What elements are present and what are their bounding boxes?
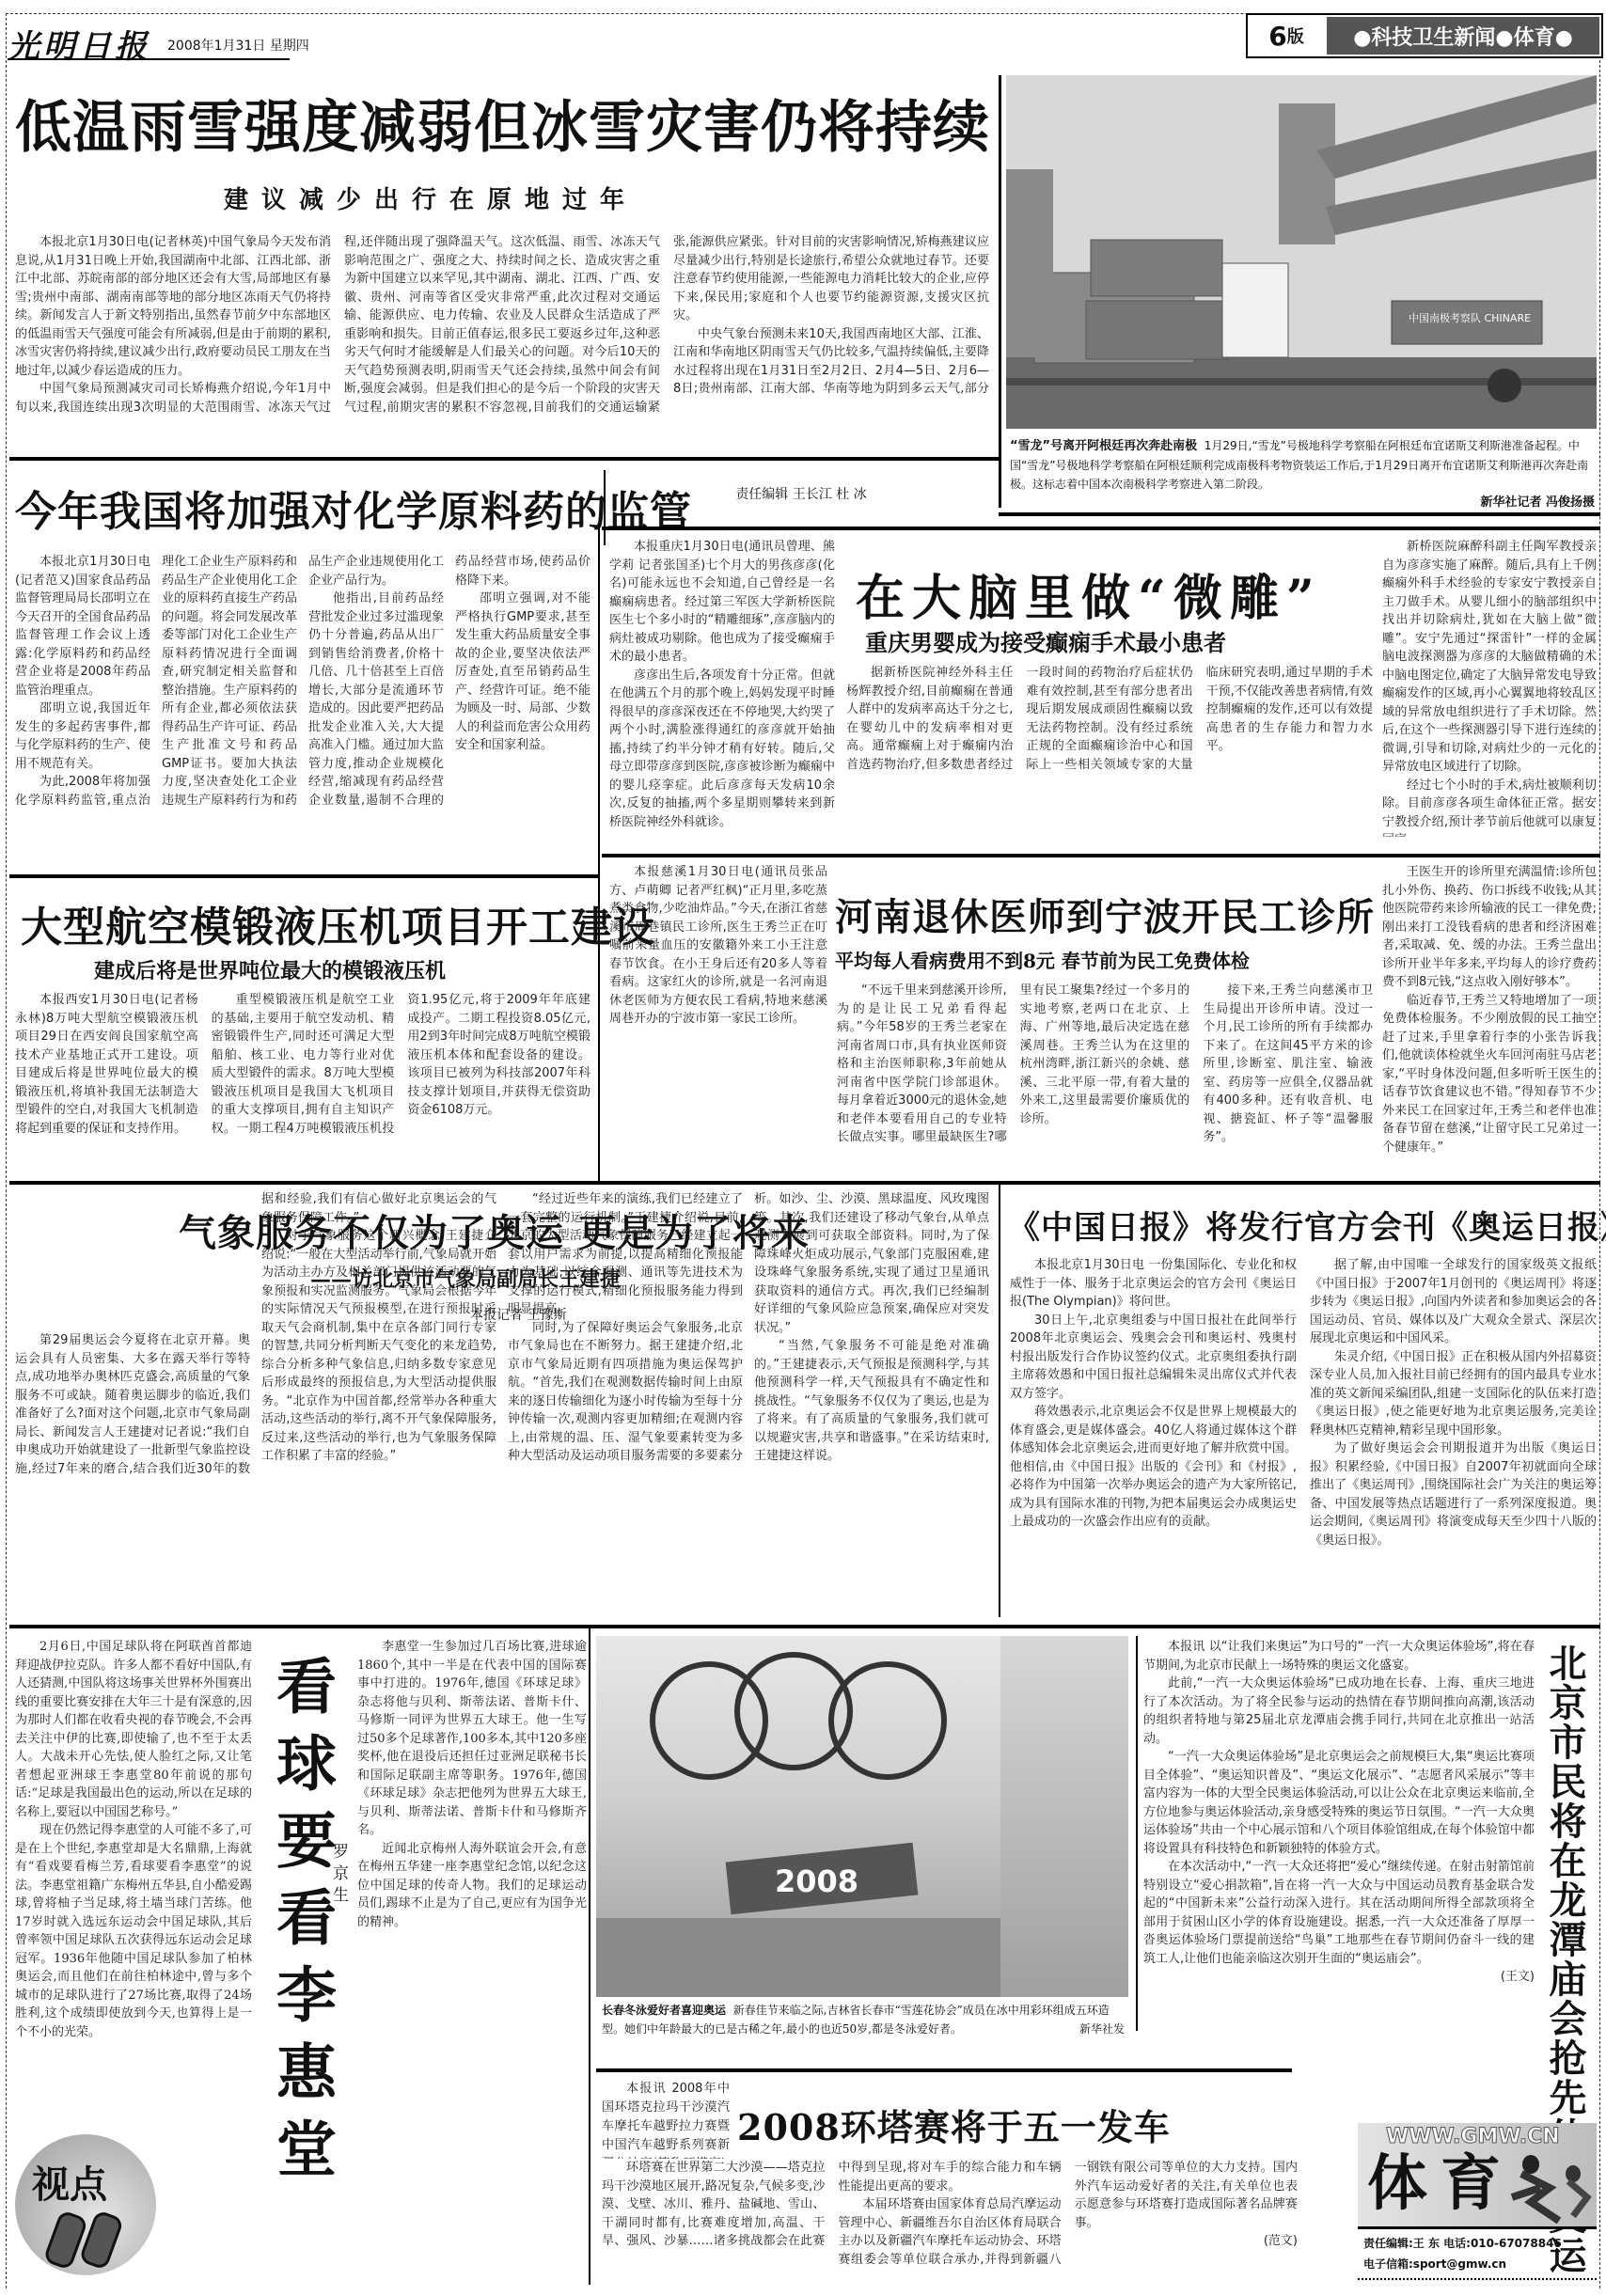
paragraph: 本报北京1月30日电 一份集国际化、专业化和权威性于一体、服务于北京奥运会的官方… <box>1010 1256 1297 1312</box>
paragraph: 临近春节,王秀兰又特地增加了一项免费体检服务。不少刚放假的民工抽空赶了过来,手里… <box>1382 992 1597 1157</box>
paragraph: 本报讯 2008年中国环塔克拉玛干沙漠汽车摩托车越野拉力赛暨中国汽车越野系列赛新… <box>602 2080 730 2159</box>
edition-suffix: 版 <box>1287 24 1304 48</box>
paragraph: 对于气象服务这个新兴概念,王建捷介绍说:“一般在大型活动举行前,气象局就开始为活… <box>261 1227 496 1466</box>
snow-body: 本报北京1月30日电(记者林英)中国气象局今天发布消息说,从1月31日晚上开始,… <box>15 233 989 426</box>
paragraph: 朱灵介绍,《中国日报》正在积极从国内外招募资深专业人员,加入报社目前已经拥有的国… <box>1310 1348 1597 1440</box>
photo-xuelong-ship: 中国南极考察队 CHINARE <box>1006 75 1597 429</box>
rally-body: 环塔赛在世界第二大沙漠——塔克拉玛干沙漠地区展开,路况复杂,气候多变,沙漠、戈壁… <box>602 2159 1298 2290</box>
caption-title: 长春冬泳爱好者喜迎奥运 <box>602 2004 726 2017</box>
paragraph: 2月6日,中国足球队将在阿联酋首都迪拜迎战伊拉克队。许多人都不看好中国队,有人还… <box>15 1638 252 1821</box>
paragraph: “一汽一大众奥运体验场”是北京奥运会之前规模巨大,集“奥运比赛项目全体验”、“奥… <box>1143 1748 1535 1858</box>
photo-winter-swimmers-right <box>1000 1636 1128 1997</box>
paragraph: 彦彦出生后,各项发育十分正常。但就在他满五个月的那个晚上,妈妈发现平时睡得很早的… <box>609 667 835 832</box>
press-headline: 大型航空模锻液压机项目开工建设 <box>21 893 655 953</box>
clinic-body-main: “不远千里来到慈溪开诊所,为的是让民工兄弟看得起病。”今年58岁的王秀兰老家在河… <box>837 982 1373 1175</box>
paragraph: 现在仍然记得李惠堂的人可能不多了,可是在上个世纪,李惠堂却是大名鼎鼎,上海就有“… <box>15 1821 252 2041</box>
paragraph: 新桥医院麻醉科副主任陶军教授亲自为彦彦实施了麻醉。随后,具有上千例癫痫外科手术经… <box>1382 538 1597 777</box>
brain-body-main: 据新桥医院神经外科主任杨辉教授介绍,目前癫痫在普通人群中的发病率高达千分之七,在… <box>846 664 1373 837</box>
weather-body: 第29届奥运会今夏将在北京开幕。奥运会具有人员密集、大多在露天举行等特点,成功地… <box>15 1190 989 1617</box>
paragraph: 为了做好奥运会会刊期报道并为出版《奥运日报》积累经验,《中国日报》自2007年初… <box>1310 1439 1597 1549</box>
ship-photo-caption: “雪龙”号离开阿根廷再次奔赴南极 1月29日,“雪龙”号极地科学考察船在阿根廷布… <box>1010 436 1595 512</box>
paragraph: 据新桥医院神经外科主任杨辉教授介绍,目前癫痫在普通人群中的发病率高达千分之七,在… <box>846 664 1373 774</box>
banner-2008: 2008 <box>775 1864 858 1899</box>
paragraph: (王文) <box>1143 1968 1535 1987</box>
snow-subhead: 建议减少出行在原地过年 <box>224 181 638 215</box>
section-divider <box>602 527 1600 530</box>
football-body-2: 李惠堂一生参加过几百场比赛,进球逾1860个,其中一半是在代表中国的国际赛事中打… <box>357 1638 587 2277</box>
clinic-headline: 河南退休医师到宁波开民工诊所 <box>835 888 1375 941</box>
paragraph: 接下来,王秀兰向慈溪市卫生局提出开诊所申请。没过一个月,民工诊所的所有手续都办下… <box>1203 982 1373 1147</box>
chem-headline: 今年我国将加强对化学原料药的监管 <box>15 478 692 538</box>
column-rule <box>1136 1636 1138 2031</box>
section-name: ●科技卫生新闻●体育● <box>1325 15 1601 56</box>
column-rule <box>589 1627 590 2285</box>
paragraph: 经过七个小时的手术,病灶被顺利切除。目前彦彦各项生命体征正常。据安宁教授介绍,预… <box>1382 777 1597 838</box>
sports-section-title: 体育 <box>1367 2151 1514 2217</box>
clinic-body-lead: 本报慈溪1月30日电(通讯员张品方、卢萌卿 记者严红枫)“正月里,多吃蒸煮类食物… <box>609 863 827 1173</box>
paragraph: 邵明立说,我国近年发生的多起药害事件,都与化学原料药的生产、使用不规范有关。 <box>15 700 150 773</box>
paragraph: 在本次活动中,“一汽一大众还将把“爱心”继续传递。在射击射箭馆前特别设立“爱心捐… <box>1143 1858 1535 1968</box>
section-divider <box>602 854 1600 857</box>
longtan-body: 本报讯 以“让我们来奥运”为口号的“一汽一大众奥运体验场”,将在春节期间,为北京… <box>1143 1638 1535 2033</box>
rally-headline: 2008环塔赛将于五一发车 <box>737 2099 1171 2150</box>
viewpoint-logo: 视点 <box>15 2134 156 2275</box>
snow-headline: 低温雨雪强度减弱但冰雪灾害仍将持续 <box>15 83 990 164</box>
column-rule <box>999 75 1001 508</box>
swimmers-illustration: 2008 <box>596 1636 1000 1997</box>
paragraph: “不远千里来到慈溪开诊所,为的是让民工兄弟看得起病。”今年58岁的王秀兰老家在河… <box>837 982 1189 1147</box>
football-body-1: 2月6日,中国足球队将在阿联酋首都迪拜迎战伊拉克队。许多人都不看好中国队,有人还… <box>15 1638 252 2108</box>
section-divider <box>9 1625 1600 1628</box>
paragraph: 王医生开的诊所里充满温情:诊所包扎小外伤、换药、伤口拆线不收钱;从其他医院带药来… <box>1382 863 1597 992</box>
paragraph: 邵明立强调,对不能严格执行GMP要求,甚至发生重大药品质量安全事故的企业,要坚决… <box>455 590 590 755</box>
brain-headline: 在大脑里做“微雕” <box>856 558 1322 629</box>
sports-editor: 责任编辑:王 东 电话:010-67078846 <box>1363 2233 1591 2254</box>
column-spacer <box>15 1190 250 1331</box>
press-body: 本报西安1月30日电(记者杨永林)8万吨大型航空模锻液压机项目29日在西安阎良国… <box>15 991 590 1179</box>
sports-contact: 责任编辑:王 东 电话:010-67078846 电子信箱:sport@gmw.… <box>1358 2226 1597 2280</box>
caption-title: “雪龙”号离开阿根廷再次奔赴南极 <box>1010 439 1197 453</box>
binoculars-icon <box>15 2134 156 2275</box>
olympian-headline: 《中国日报》将发行官方会刊《奥运日报》 <box>1008 1202 1606 1248</box>
sports-email[interactable]: 电子信箱:sport@gmw.cn <box>1363 2254 1591 2274</box>
masthead-rule <box>8 58 290 60</box>
paragraph: 本报慈溪1月30日电(通讯员张品方、卢萌卿 记者严红枫)“正月里,多吃蒸煮类食物… <box>609 863 827 1029</box>
edition-number: 6版 <box>1248 15 1325 56</box>
photo-winter-swimmers: 2008 <box>596 1636 1000 1997</box>
edition-number-value: 6 <box>1268 21 1286 52</box>
swim-photo-caption: 长春冬泳爱好者喜迎奥运 新春佳节来临之际,吉林省长春市“雪莲花协会”成员在冰中用… <box>602 2001 1125 2038</box>
sports-banner: WWW.GMW.CN 体育 <box>1358 2123 1597 2226</box>
photo-credit: 新华社发 <box>1079 2020 1125 2038</box>
press-subhead: 建成后将是世界吨位最大的模锻液压机 <box>94 955 446 984</box>
column-rule <box>598 527 600 1185</box>
paragraph: 近闻北京梅州人海外联谊会开会,有意在梅州五华建一座李惠堂纪念馆,以纪念这位中国足… <box>357 1840 587 1932</box>
brain-subhead: 重庆男婴成为接受癫痫手术最小患者 <box>865 624 1226 657</box>
paragraph: “当然,气象服务不可能是绝对准确的。”王建捷表示,天气预报是预测科学,与其他预测… <box>754 1337 989 1466</box>
rally-lead: 本报讯 2008年中国环塔克拉玛干沙漠汽车摩托车越野拉力赛暨中国汽车越野系列赛新… <box>602 2080 730 2159</box>
paragraph: 本报重庆1月30日电(通讯员曾理、熊学莉 记者张国圣)七个月大的男孩彦彦(化名)… <box>609 538 835 667</box>
section-divider <box>9 1181 1600 1185</box>
paragraph: 重型模锻液压机是航空工业的基础,主要用于航空发动机、精密锻锻件生产,同时还可满足… <box>212 991 590 1138</box>
photo-credit: 新华社记者 冯俊扬摄 <box>1010 494 1595 512</box>
paragraph: “经过近些年来的演练,我们已经建立了一套完整的运行机制。”王建捷介绍说,目前,北… <box>508 1190 743 1319</box>
olympian-body: 本报北京1月30日电 一份集国际化、专业化和权威性于一体、服务于北京奥运会的官方… <box>1010 1256 1597 1617</box>
brain-body-lead: 本报重庆1月30日电(通讯员曾理、熊学莉 记者张国圣)七个月大的男孩彦彦(化名)… <box>609 538 835 837</box>
brain-body-right: 新桥医院麻醉科副主任陶军教授亲自为彦彦实施了麻醉。随后,具有上千例癫痫外科手术经… <box>1382 538 1597 837</box>
paragraph: 据了解,由中国唯一全球发行的国家级英文报纸《中国日报》于2007年1月创刊的《奥… <box>1310 1256 1597 1348</box>
paragraph: 李惠堂一生参加过几百场比赛,进球逾1860个,其中一半是在代表中国的国际赛事中打… <box>357 1638 587 1840</box>
section-divider <box>999 512 1600 516</box>
section-divider <box>9 874 600 878</box>
column-rule <box>999 1185 1000 1617</box>
sprinters-icon <box>1493 2146 1597 2226</box>
football-author: 罗京生 <box>327 1843 351 1908</box>
editors-credit: 责任编辑 王长江 杜 冰 <box>604 461 999 527</box>
paragraph: 本报北京1月30日电(记者林英)中国气象局今天发布消息说,从1月31日晚上开始,… <box>15 233 331 380</box>
paragraph: 本报北京1月30日电(记者范又)国家食品药品监督管理局局长邵明立在今天召开的全国… <box>15 553 150 700</box>
paragraph: 蒋效愚表示,北京奥运会不仅是世界上规模最大的体育盛会,更是媒体盛会。40亿人将通… <box>1010 1403 1297 1532</box>
chem-body: 本报北京1月30日电(记者范又)国家食品药品监督管理局局长邵明立在今天召开的全国… <box>15 553 590 850</box>
paragraph: 此前,“一汽一大众奥运体验场”已成功地在长春、上海、重庆三地进行了本次活动。为了… <box>1143 1675 1535 1748</box>
edition-box: 6版 ●科技卫生新闻●体育● <box>1246 13 1603 58</box>
paragraph: (范文) <box>1075 2232 1298 2251</box>
paragraph: 本报西安1月30日电(记者杨永林)8万吨大型航空模锻液压机项目29日在西安阎良国… <box>15 991 198 1138</box>
container-label: 中国南极考察队 CHINARE <box>1409 311 1531 324</box>
section-divider <box>596 2068 1292 2072</box>
paragraph: 本报讯 以“让我们来奥运”为口号的“一汽一大众奥运体验场”,将在春节期间,为北京… <box>1143 1638 1535 1675</box>
issue-date: 2008年1月31日 星期四 <box>167 36 309 55</box>
clinic-body-right: 王医生开的诊所里充满温情:诊所包扎小外伤、换药、伤口拆线不收钱;从其他医院带药来… <box>1382 863 1597 1173</box>
clinic-subhead: 平均每人看病费用不到8元 春节前为民工免费体检 <box>835 946 1250 973</box>
football-headline: 看球要看李惠堂 <box>258 1655 344 2194</box>
paragraph: 30日上午,北京奥组委与中国日报社在此间举行2008年北京奥运会、残奥会会刊和奥… <box>1010 1312 1297 1404</box>
ship-illustration: 中国南极考察队 CHINARE <box>1006 75 1597 429</box>
